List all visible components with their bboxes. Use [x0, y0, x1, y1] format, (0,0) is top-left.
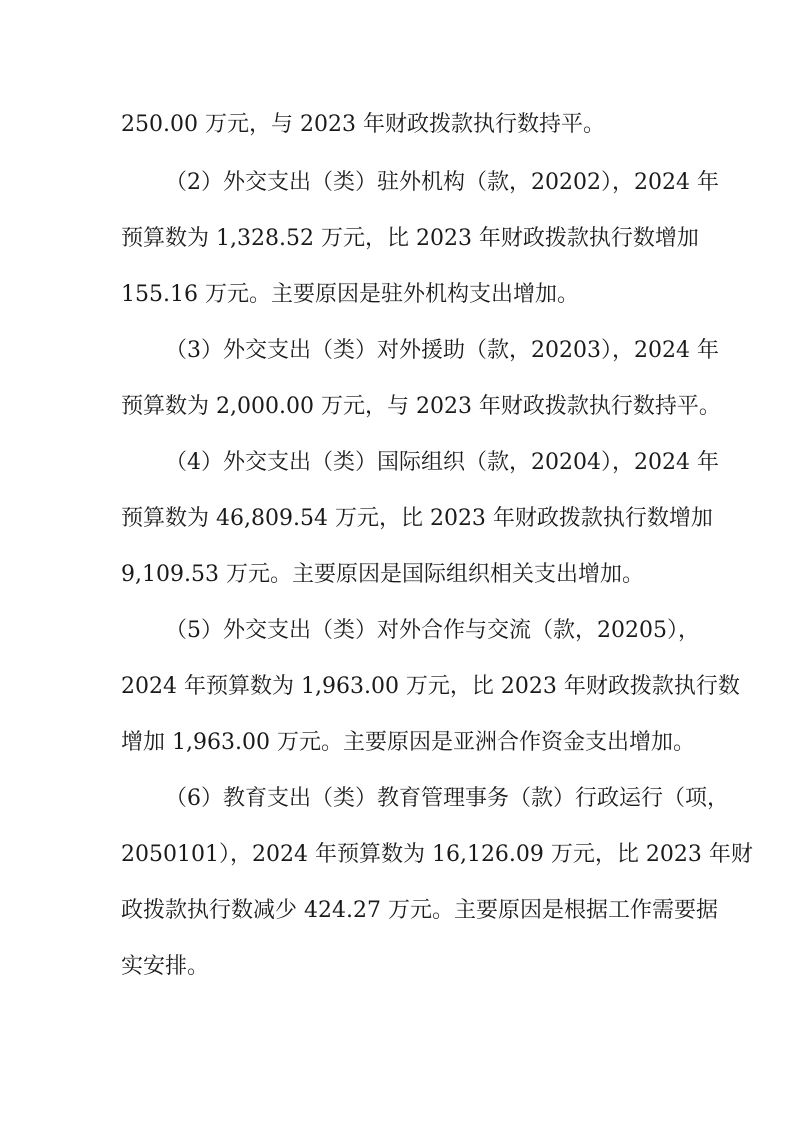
- paragraph-line: （3）外交支出（类）对外援助（款，20203），2024 年: [165, 333, 679, 369]
- paragraph-line: 9,109.53 万元。主要原因是国际组织相关支出增加。: [121, 557, 679, 593]
- paragraph-line: （4）外交支出（类）国际组织（款，20204），2024 年: [165, 445, 679, 481]
- paragraph-line: 155.16 万元。主要原因是驻外机构支出增加。: [121, 277, 679, 313]
- paragraph-line: 预算数为 1,328.52 万元，比 2023 年财政拨款执行数增加: [121, 221, 679, 257]
- paragraph-line: 预算数为 46,809.54 万元，比 2023 年财政拨款执行数增加: [121, 501, 679, 537]
- paragraph-line: 政拨款执行数减少 424.27 万元。主要原因是根据工作需要据: [121, 893, 679, 929]
- paragraph-line: 预算数为 2,000.00 万元，与 2023 年财政拨款执行数持平。: [121, 389, 679, 425]
- paragraph-line: 实安排。: [121, 949, 679, 985]
- document-page: 250.00 万元，与 2023 年财政拨款执行数持平。 （2）外交支出（类）驻…: [0, 0, 800, 1131]
- paragraph-line: 2024 年预算数为 1,963.00 万元，比 2023 年财政拨款执行数: [121, 669, 679, 705]
- paragraph-line: （6）教育支出（类）教育管理事务（款）行政运行（项，: [165, 781, 679, 817]
- paragraph-line: 250.00 万元，与 2023 年财政拨款执行数持平。: [121, 107, 679, 143]
- paragraph-line: 增加 1,963.00 万元。主要原因是亚洲合作资金支出增加。: [121, 725, 679, 761]
- paragraph-line: （5）外交支出（类）对外合作与交流（款，20205），: [165, 613, 679, 649]
- paragraph-line: （2）外交支出（类）驻外机构（款，20202），2024 年: [165, 165, 679, 201]
- paragraph-line: 2050101），2024 年预算数为 16,126.09 万元，比 2023 …: [121, 837, 679, 873]
